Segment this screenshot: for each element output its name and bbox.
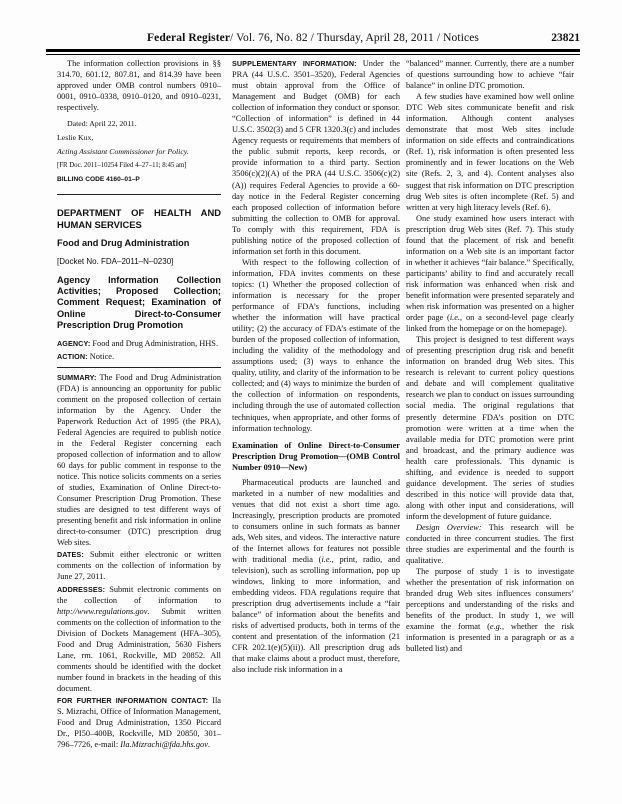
column-middle: SUPPLEMENTARY INFORMATION: Under the PRA…	[232, 58, 400, 675]
dated-line: Dated: April 22, 2011.	[57, 118, 221, 129]
addresses-field: ADDRESSES: Submit electronic comments on…	[57, 584, 221, 694]
project-paragraph: This project is designed to test differe…	[406, 334, 574, 522]
running-header: Federal Register/ Vol. 76, No. 82 / Thur…	[46, 32, 580, 50]
contact-label: FOR FURTHER INFORMATION CONTACT:	[57, 696, 208, 705]
purpose-paragraph: The purpose of study 1 is to investigate…	[406, 566, 574, 654]
pharma-paragraph: Pharmaceutical products are launched and…	[232, 477, 400, 676]
signer-name: Leslie Kux,	[57, 132, 221, 143]
design-overview-label: Design Overview:	[416, 523, 482, 532]
summary-field: SUMMARY: The Food and Drug Administratio…	[57, 372, 221, 549]
addresses-label: ADDRESSES:	[57, 585, 105, 594]
dates-field: DATES: Submit either electronic or writt…	[57, 549, 221, 582]
issue-info: / Vol. 76, No. 82 / Thursday, April 28, …	[230, 32, 479, 44]
dates-label: DATES:	[57, 550, 84, 559]
header-rule-thin	[46, 54, 580, 55]
topics-paragraph: With respect to the following collection…	[232, 257, 400, 434]
supplementary-label: SUPPLEMENTARY INFORMATION:	[232, 59, 357, 68]
section-divider	[57, 194, 221, 195]
fr-doc-line: [FR Doc. 2011–10254 Filed 4–27–11; 8:45 …	[57, 160, 221, 171]
one-study-paragraph: One study examined how users interact wi…	[406, 213, 574, 335]
agency-heading: Food and Drug Administration	[57, 237, 221, 249]
action-field: ACTION: Notice.	[57, 351, 221, 362]
contact-email-link[interactable]: Ila.Mizrachi@fda.hhs.gov	[120, 740, 208, 749]
studies-paragraph: A few studies have examined how well onl…	[406, 91, 574, 213]
agency-label: AGENCY:	[57, 339, 90, 348]
department-heading: DEPARTMENT OF HEALTH AND HUMAN SERVICES	[57, 207, 221, 230]
publication-name: Federal Register	[147, 32, 230, 44]
balanced-paragraph: “balanced” manner. Currently, there are …	[406, 58, 574, 91]
agency-field: AGENCY: Food and Drug Administration, HH…	[57, 338, 221, 349]
docket-number: [Docket No. FDA–2011–N–0230]	[57, 256, 221, 267]
header-rule-thick	[46, 49, 580, 52]
signer-title: Acting Assistant Commissioner for Policy…	[57, 146, 221, 157]
header-title: Federal Register/ Vol. 76, No. 82 / Thur…	[46, 32, 580, 44]
notice-title: Agency Information Collection Activities…	[57, 275, 221, 332]
section-heading: Examination of Online Direct-to-Consumer…	[232, 440, 400, 473]
column-left: The information collection provisions in…	[57, 58, 221, 750]
supplementary-info: SUPPLEMENTARY INFORMATION: Under the PRA…	[232, 58, 400, 257]
billing-code: BILLING CODE 4160–01–P	[57, 174, 221, 185]
action-label: ACTION:	[57, 352, 88, 361]
design-overview-paragraph: Design Overview: This research will be c…	[406, 522, 574, 566]
regulations-link[interactable]: http://www.regulations.gov	[57, 607, 147, 616]
column-right: “balanced” manner. Currently, there are …	[406, 58, 574, 655]
contact-field: FOR FURTHER INFORMATION CONTACT: Ila S. …	[57, 695, 221, 750]
summary-label: SUMMARY:	[57, 373, 97, 382]
page-number: 23821	[551, 32, 580, 44]
intro-paragraph: The information collection provisions in…	[57, 58, 221, 113]
section-divider	[57, 367, 221, 368]
